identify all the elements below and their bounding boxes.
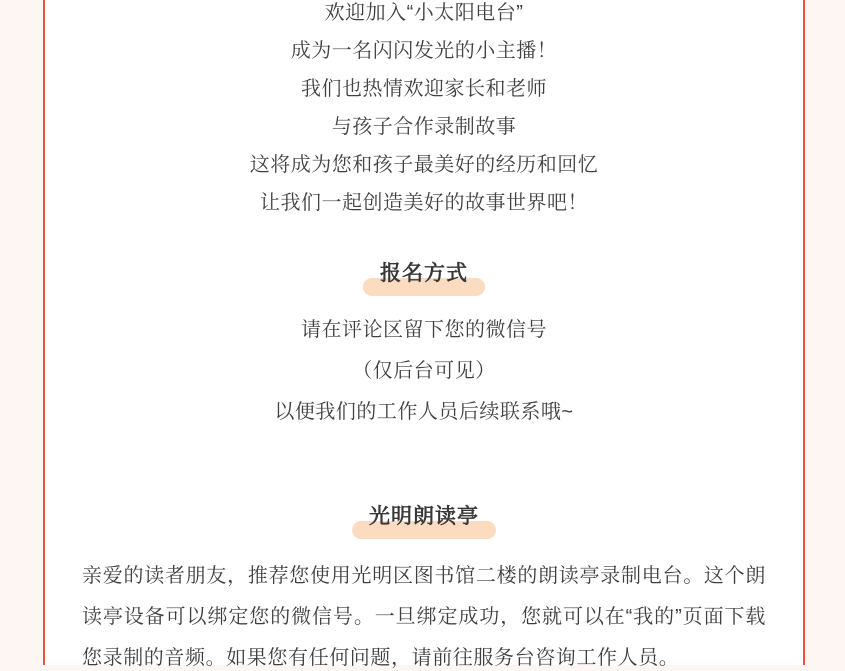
intro-line: 成为一名闪闪发光的小主播！ xyxy=(45,32,803,70)
intro-line: 欢迎加入“小太阳电台” xyxy=(45,0,803,32)
section-header-signup: 报名方式 xyxy=(45,258,803,290)
article-content-area: 欢迎加入“小太阳电台” 成为一名闪闪发光的小主播！ 我们也热情欢迎家长和老师 与… xyxy=(43,0,805,665)
intro-line: 这将成为您和孩子最美好的经历和回忆 xyxy=(45,146,803,184)
signup-line: （仅后台可见） xyxy=(45,351,803,392)
intro-line: 与孩子合作录制故事 xyxy=(45,108,803,146)
section-header-booth: 光明朗读亭 xyxy=(45,501,803,533)
signup-instructions: 请在评论区留下您的微信号 （仅后台可见） 以便我们的工作人员后续联系哦~ xyxy=(45,310,803,433)
section-title-booth: 光明朗读亭 xyxy=(369,505,479,528)
intro-line: 让我们一起创造美好的故事世界吧！ xyxy=(45,184,803,222)
section-title-signup: 报名方式 xyxy=(380,262,468,285)
intro-line: 我们也热情欢迎家长和老师 xyxy=(45,70,803,108)
booth-paragraph: 亲爱的读者朋友，推荐您使用光明区图书馆二楼的朗读亭录制电台。这个朗读亭设备可以绑… xyxy=(45,556,803,671)
intro-block: 欢迎加入“小太阳电台” 成为一名闪闪发光的小主播！ 我们也热情欢迎家长和老师 与… xyxy=(45,0,803,222)
signup-line: 以便我们的工作人员后续联系哦~ xyxy=(45,392,803,433)
signup-line: 请在评论区留下您的微信号 xyxy=(45,310,803,351)
